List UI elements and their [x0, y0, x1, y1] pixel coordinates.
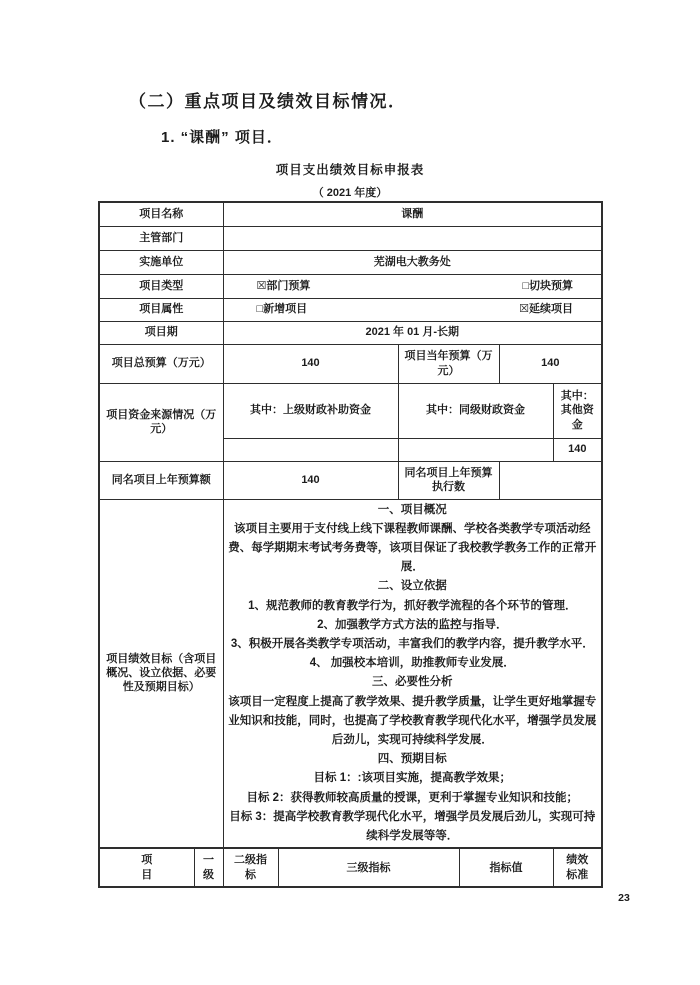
performance-target-content: 一、项目概况该项目主要用于支付线上线下课程教师课酬、学校各类教学专项活动经费、每…: [223, 499, 602, 848]
performance-text: 一、项目概况该项目主要用于支付线上线下课程教师课酬、学校各类教学专项活动经费、每…: [226, 501, 600, 847]
row-project-period: 项目期 2021 年 01 月-长期: [99, 321, 602, 344]
department-value: [223, 226, 602, 250]
checkbox-new-project: □新增项目: [257, 302, 308, 316]
subsection-heading: 1. “课酬” 项目．: [161, 126, 283, 147]
indicator-header-project: 项 目: [99, 848, 194, 887]
row-funding-sources: 项目资金来源情况（万元） 其中：上级财政补助资金 其中：同级财政资金 其中：其他…: [99, 383, 602, 438]
total-budget-label: 项目总预算（万元）: [99, 344, 223, 383]
prev-year-execution-value: [499, 461, 602, 499]
checkbox-department-budget: ☒部门预算: [257, 279, 311, 293]
implementing-unit-label: 实施单位: [99, 250, 223, 274]
section-heading: （二）重点项目及绩效目标情况．: [129, 87, 407, 112]
funding-source-superior-value: [223, 438, 398, 461]
prev-year-execution-label: 同名项目上年预算执行数: [398, 461, 499, 499]
row-indicator-header: 项 目 一 级 二级指 标 三级指标 指标值 绩效 标准: [99, 848, 602, 887]
indicator-header-level1: 一 级: [194, 848, 223, 887]
row-previous-year: 同名项目上年预算额 140 同名项目上年预算执行数: [99, 461, 602, 499]
performance-target-label: 项目绩效目标（含项目概况、设立依据、必要性及预期目标）: [99, 499, 223, 848]
performance-target-form: 项目名称 课酬 主管部门 实施单位 芜湖电大教务处 项目类型 ☒部门预算 □切块…: [98, 201, 603, 888]
project-attribute-options: □新增项目 ☒延续项目: [223, 298, 602, 321]
form-year: （ 2021 年度）: [0, 184, 700, 200]
implementing-unit-value: 芜湖电大教务处: [223, 250, 602, 274]
checkbox-continuing-project: ☒延续项目: [519, 302, 573, 316]
funding-sources-label: 项目资金来源情况（万元）: [99, 383, 223, 461]
project-name-label: 项目名称: [99, 202, 223, 226]
row-budget: 项目总预算（万元） 140 项目当年预算（万元） 140: [99, 344, 602, 383]
project-type-label: 项目类型: [99, 274, 223, 298]
row-project-attribute: 项目属性 □新增项目 ☒延续项目: [99, 298, 602, 321]
project-period-value: 2021 年 01 月-长期: [223, 321, 602, 344]
current-year-budget-label: 项目当年预算（万元）: [398, 344, 499, 383]
project-name-value: 课酬: [223, 202, 602, 226]
checkbox-block-budget: □切块预算: [522, 279, 573, 293]
indicator-header-level3: 三级指标: [278, 848, 459, 887]
prev-year-budget-value: 140: [223, 461, 398, 499]
row-performance-target: 项目绩效目标（含项目概况、设立依据、必要性及预期目标） 一、项目概况该项目主要用…: [99, 499, 602, 848]
page-number: 23: [612, 892, 636, 904]
funding-source-other-value: 140: [553, 438, 602, 461]
funding-source-superior: 其中：上级财政补助资金: [223, 383, 398, 438]
row-project-name: 项目名称 课酬: [99, 202, 602, 226]
funding-source-same-level: 其中：同级财政资金: [398, 383, 553, 438]
row-implementing-unit: 实施单位 芜湖电大教务处: [99, 250, 602, 274]
row-project-type: 项目类型 ☒部门预算 □切块预算: [99, 274, 602, 298]
funding-source-other-label: 其中：其他资金: [553, 383, 602, 438]
row-department: 主管部门: [99, 226, 602, 250]
project-period-label: 项目期: [99, 321, 223, 344]
prev-year-budget-label: 同名项目上年预算额: [99, 461, 223, 499]
department-label: 主管部门: [99, 226, 223, 250]
current-year-budget-value: 140: [499, 344, 602, 383]
total-budget-value: 140: [223, 344, 398, 383]
funding-source-same-level-value: [398, 438, 553, 461]
indicator-header-standard: 绩效 标准: [553, 848, 602, 887]
project-type-options: ☒部门预算 □切块预算: [223, 274, 602, 298]
project-attribute-label: 项目属性: [99, 298, 223, 321]
form-title: 项目支出绩效目标申报表: [0, 160, 700, 178]
indicator-header-value: 指标值: [459, 848, 553, 887]
indicator-header-level2: 二级指 标: [223, 848, 278, 887]
